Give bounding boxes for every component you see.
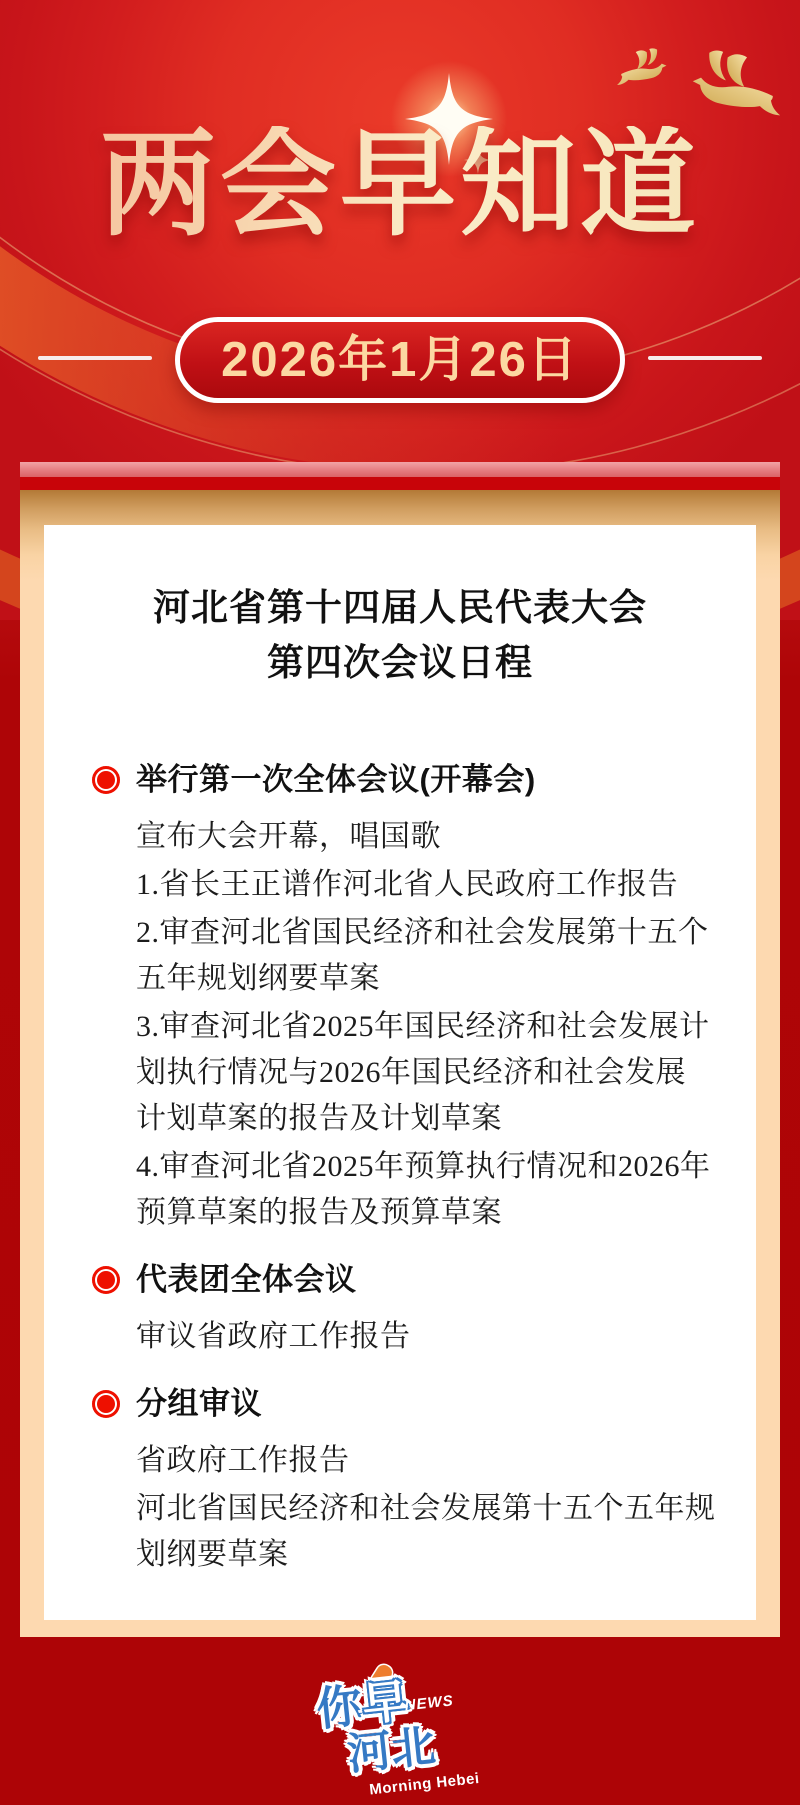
logo-news-label: NEWS — [404, 1693, 454, 1713]
agenda-section-1: 举行第一次全体会议(开幕会) 宣布大会开幕，唱国歌 1.省长王正谱作河北省人民政… — [136, 760, 716, 1236]
date-text: 2026年1月26日 — [221, 322, 579, 398]
agenda-line: 河北省国民经济和社会发展第十五个五年规划纲要草案 — [136, 1486, 716, 1578]
poster-title: 两会早知道 — [0, 126, 800, 242]
agenda-line: 宣布大会开幕，唱国歌 — [136, 814, 716, 860]
section-heading: 代表团全体会议 — [136, 1260, 716, 1300]
section-heading-text: 分组审议 — [136, 1386, 262, 1421]
agenda-line: 审议省政府工作报告 — [136, 1314, 716, 1360]
agenda-title-line2: 第四次会议日程 — [44, 635, 756, 690]
date-badge: 2026年1月26日 — [175, 317, 625, 403]
agenda-line: 1.省长王正谱作河北省人民政府工作报告 — [136, 862, 716, 908]
gold-frame: 河北省第十四届人民代表大会 第四次会议日程 举行第一次全体会议(开幕会) 宣布大… — [20, 490, 780, 1637]
right-divider-line — [648, 356, 762, 360]
bullet-icon — [92, 766, 120, 794]
agenda-line: 3.审查河北省2025年国民经济和社会发展计划执行情况与2026年国民经济和社会… — [136, 1004, 716, 1142]
agenda-body: 举行第一次全体会议(开幕会) 宣布大会开幕，唱国歌 1.省长王正谱作河北省人民政… — [44, 760, 756, 1578]
agenda-section-3: 分组审议 省政府工作报告 河北省国民经济和社会发展第十五个五年规划纲要草案 — [136, 1384, 716, 1578]
morning-hebei-logo: 你早NEWS 河北 Morning Hebei — [314, 1670, 485, 1803]
content-panel: 河北省第十四届人民代表大会 第四次会议日程 举行第一次全体会议(开幕会) 宣布大… — [20, 462, 780, 1637]
logo-char-zao: 早 — [360, 1674, 411, 1731]
dove-icon — [693, 51, 780, 116]
section-heading-text: 代表团全体会议 — [136, 1262, 357, 1297]
agenda-card: 河北省第十四届人民代表大会 第四次会议日程 举行第一次全体会议(开幕会) 宣布大… — [44, 525, 756, 1620]
panel-top-edge — [20, 477, 780, 490]
left-divider-line — [38, 356, 152, 360]
panel-top-highlight — [20, 462, 780, 477]
section-heading: 分组审议 — [136, 1384, 716, 1424]
agenda-section-2: 代表团全体会议 审议省政府工作报告 — [136, 1260, 716, 1360]
agenda-title-line1: 河北省第十四届人民代表大会 — [44, 580, 756, 635]
poster-root: 两会早知道 2026年1月26日 河北省第十四届人民代表大会 第四次会议日程 举… — [0, 0, 800, 1805]
section-heading: 举行第一次全体会议(开幕会) — [136, 760, 716, 800]
agenda-line: 4.审查河北省2025年预算执行情况和2026年预算草案的报告及预算草案 — [136, 1144, 716, 1236]
agenda-line: 2.审查河北省国民经济和社会发展第十五个五年规划纲要草案 — [136, 910, 716, 1002]
bullet-icon — [92, 1390, 120, 1418]
agenda-line: 省政府工作报告 — [136, 1438, 716, 1484]
bullet-icon — [92, 1266, 120, 1294]
logo-char-ni: 你 — [314, 1679, 365, 1736]
agenda-title: 河北省第十四届人民代表大会 第四次会议日程 — [44, 525, 756, 690]
section-heading-text: 举行第一次全体会议(开幕会) — [136, 762, 536, 797]
dove-icon — [617, 48, 666, 85]
